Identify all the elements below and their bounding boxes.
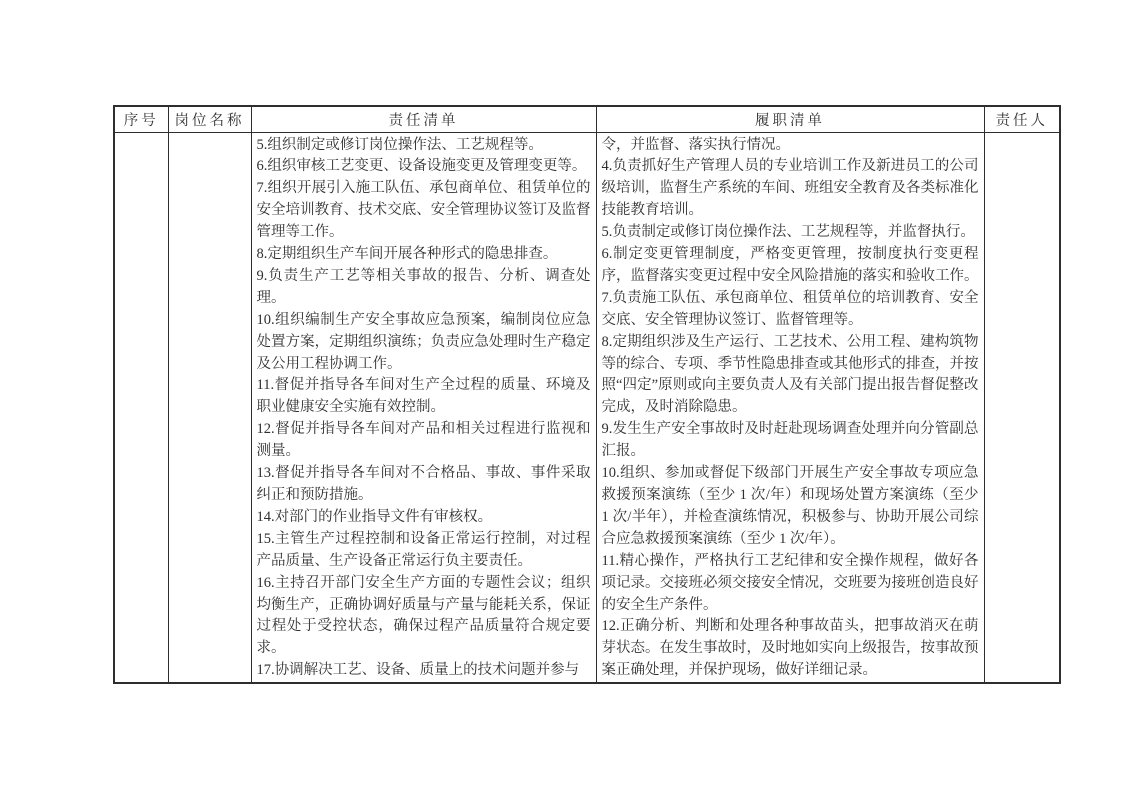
col-header-serial: 序号 [114,106,168,132]
list-item: 11.督促并指导各车间对生产全过程的质量、环境及职业健康安全实施有效控制。 [257,375,591,419]
list-item: 4.负责抓好生产管理人员的专业培训工作及新进员工的公司级培训，监督生产系统的车间… [602,156,979,222]
list-item: 10.组织编制生产安全事故应急预案，编制岗位应急处置方案，定期组织演练；负责应急… [257,310,591,376]
list-item: 7.组织开展引入施工队伍、承包商单位、租赁单位的安全培训教育、技术交底、安全管理… [257,178,591,244]
list-item: 6.制定变更管理制度，严格变更管理，按制度执行变更程序，监督落实变更过程中安全风… [602,244,979,288]
col-header-position: 岗位名称 [168,106,251,132]
list-item: 15.主管生产过程控制和设备正常运行控制，对过程产品质量、生产设备正常运行负主要… [257,529,591,573]
col-header-responsibility-list: 责任清单 [251,106,596,132]
list-item: 令，并监督、落实执行情况。 [602,135,979,157]
list-item: 16.主持召开部门安全生产方面的专题性会议；组织均衡生产，正确协调好质量与产量与… [257,573,591,661]
col-header-duty-list: 履职清单 [596,106,984,132]
responsibility-table: 序号 岗位名称 责任清单 履职清单 责任人 5.组织制定或修订岗位操作法、工艺规… [113,105,1061,684]
list-item: 9.发生生产安全事故时及时赶赴现场调查处理并向分管副总汇报。 [602,419,979,463]
cell-responsible-person [984,132,1060,683]
list-item: 17.协调解决工艺、设备、质量上的技术问题并参与 [257,660,591,682]
col-header-responsible-person: 责任人 [984,106,1060,132]
list-item: 5.组织制定或修订岗位操作法、工艺规程等。 [257,135,591,157]
cell-duty-list: 令，并监督、落实执行情况。4.负责抓好生产管理人员的专业培训工作及新进员工的公司… [596,132,984,683]
list-item: 7.负责施工队伍、承包商单位、租赁单位的培训教育、安全交底、安全管理协议签订、监… [602,288,979,332]
table-row: 5.组织制定或修订岗位操作法、工艺规程等。6.组织审核工艺变更、设备设施变更及管… [114,132,1060,683]
list-item: 12.正确分析、判断和处理各种事故苗头，把事故消灭在萌芽状态。在发生事故时，及时… [602,616,979,682]
list-item: 13.督促并指导各车间对不合格品、事故、事件采取纠正和预防措施。 [257,463,591,507]
list-item: 6.组织审核工艺变更、设备设施变更及管理变更等。 [257,156,591,178]
list-item: 9.负责生产工艺等相关事故的报告、分析、调查处理。 [257,266,591,310]
cell-serial [114,132,168,683]
document-page: 序号 岗位名称 责任清单 履职清单 责任人 5.组织制定或修订岗位操作法、工艺规… [0,0,1122,793]
table-header-row: 序号 岗位名称 责任清单 履职清单 责任人 [114,106,1060,132]
cell-position [168,132,251,683]
list-item: 5.负责制定或修订岗位操作法、工艺规程等，并监督执行。 [602,222,979,244]
list-item: 10.组织、参加或督促下级部门开展生产安全事故专项应急救援预案演练（至少 1 次… [602,463,979,551]
list-item: 14.对部门的作业指导文件有审核权。 [257,507,591,529]
list-item: 12.督促并指导各车间对产品和相关过程进行监视和测量。 [257,419,591,463]
list-item: 8.定期组织生产车间开展各种形式的隐患排查。 [257,244,591,266]
cell-responsibility-list: 5.组织制定或修订岗位操作法、工艺规程等。6.组织审核工艺变更、设备设施变更及管… [251,132,596,683]
list-item: 11.精心操作，严格执行工艺纪律和安全操作规程，做好各项记录。交接班必须交接安全… [602,551,979,617]
list-item: 8.定期组织涉及生产运行、工艺技术、公用工程、建构筑物等的综合、专项、季节性隐患… [602,332,979,420]
